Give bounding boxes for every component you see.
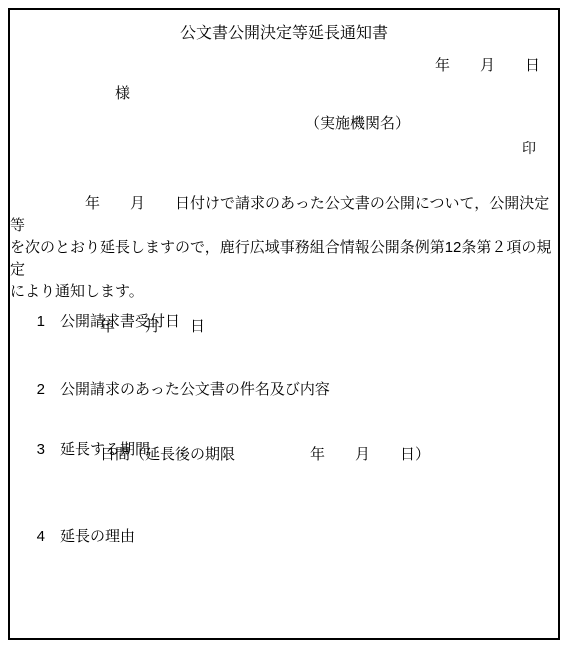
item-3-period-blanks: 日間（延長後の期限 年 月 日）	[100, 445, 430, 465]
item-2-label: 公開請求のあった公文書の件名及び内容	[60, 381, 330, 398]
item-4-label: 延長の理由	[60, 528, 135, 545]
addressee-sama: 様	[115, 84, 130, 104]
item-2-number: 2	[37, 381, 45, 398]
notice-body-paragraph: 年 月 日付けで請求のあった公文書の公開について，公開決定等 を次のとおり延長し…	[10, 193, 558, 303]
implementing-agency-name: （実施機関名）	[305, 114, 410, 134]
item-4-extension-reason: 4延長の理由	[20, 507, 135, 567]
seal-mark: 印	[522, 138, 536, 158]
item-4-number: 4	[37, 528, 45, 545]
document-page: 公文書公開決定等延長通知書 年 月 日 様 （実施機関名） 印 年 月 日付けで…	[8, 8, 560, 640]
item-3-number: 3	[37, 441, 45, 458]
issue-date-blanks: 年 月 日	[435, 56, 540, 76]
item-1-date-blanks: 年 月 日	[100, 317, 205, 337]
document-title: 公文書公開決定等延長通知書	[10, 24, 558, 44]
item-1-number: 1	[37, 313, 45, 330]
item-2-document-title-and-content: 2公開請求のあった公文書の件名及び内容	[20, 360, 330, 420]
